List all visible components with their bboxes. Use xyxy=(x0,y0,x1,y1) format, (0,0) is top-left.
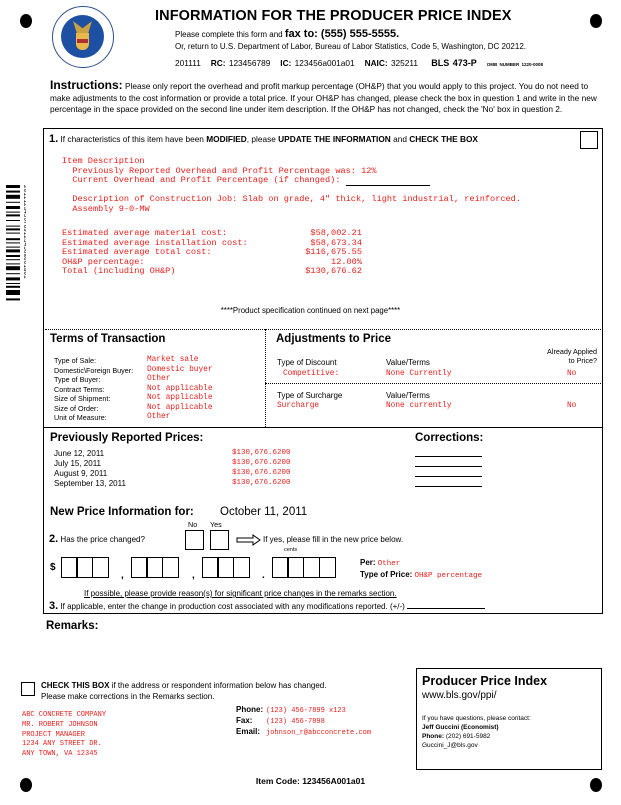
previous-price-date: July 15, 2011 xyxy=(54,459,232,469)
question-2: 2. Has the price changed? xyxy=(49,533,145,545)
phone-value: (123) 456-7899 x123 xyxy=(266,707,346,715)
address-change-line-1: CHECK THIS BOX if the address or respond… xyxy=(41,681,326,692)
price-digits-group-1[interactable] xyxy=(62,557,109,578)
previous-prices-heading: Previously Reported Prices: xyxy=(50,432,203,444)
svg-text:2011123456789123456a001a01: 2011123456789123456a001a01 xyxy=(22,185,26,279)
current-ohp-line: Current Overhead and Profit Percentage (… xyxy=(62,176,521,186)
modified-checkbox[interactable] xyxy=(580,131,598,149)
ic-label: IC: xyxy=(280,58,291,68)
new-price-heading: New Price Information for: xyxy=(50,506,194,518)
cost-value: $130,676.62 xyxy=(262,267,362,277)
terms-row: Unit of Measure:Other xyxy=(54,413,213,423)
email-value: johnson_r@abcconcrete.com xyxy=(266,729,371,737)
terms-row: Type of Buyer:Other xyxy=(54,375,213,385)
fax-number: fax to: (555) 555-5555. xyxy=(285,28,399,40)
price-changed-yes-checkbox[interactable] xyxy=(210,530,229,550)
dol-seal-icon xyxy=(52,6,114,68)
naic-label: NAIC: xyxy=(365,58,388,68)
terms-value: Not applicable xyxy=(147,394,213,404)
current-ohp-input[interactable] xyxy=(346,177,430,186)
contact-phone: (202) 691-5982 xyxy=(446,733,490,740)
phone-row: Phone:(123) 456-7899 x123 xyxy=(236,705,371,716)
fax-line: Please complete this form and fax to: (5… xyxy=(175,28,399,40)
terms-value: Other xyxy=(147,375,170,385)
return-address: Or, return to U.S. Department of Labor, … xyxy=(175,42,526,51)
type-of-price-value: OH&P percentage xyxy=(415,572,483,580)
q1-text: UPDATE THE INFORMATION xyxy=(278,134,391,144)
surcharge-value: None currently xyxy=(386,401,452,411)
divider xyxy=(265,383,601,384)
email-label: Email: xyxy=(236,727,266,737)
naic-value: 325211 xyxy=(391,58,418,68)
terms-label: Unit of Measure: xyxy=(54,413,147,423)
q3-number: 3. xyxy=(49,600,58,612)
previous-price-value: $130,676.6200 xyxy=(232,449,291,459)
q3-text: If applicable, enter the change in produ… xyxy=(60,602,404,611)
correction-input[interactable] xyxy=(415,467,482,477)
previous-price-value: $130,676.6200 xyxy=(232,469,291,479)
q1-text: If characteristics of this item have bee… xyxy=(61,134,204,144)
q1-text: CHECK THE BOX xyxy=(409,134,478,144)
ppi-contact: If you have questions, please contact: J… xyxy=(422,714,531,750)
terms-list: Type of Sale:Market saleDomestic\Foreign… xyxy=(54,356,213,423)
respondent-contact: Phone:(123) 456-7899 x123 Fax:(123) 456-… xyxy=(236,705,371,738)
reason-note: If possible, please provide reason(s) fo… xyxy=(84,589,397,598)
previous-price-value: $130,676.6200 xyxy=(232,459,291,469)
already-applied-label: to Price? xyxy=(547,357,597,366)
instructions-text: Please only report the overhead and prof… xyxy=(50,81,597,114)
address-line: ANY TOWN, VA 12345 xyxy=(22,750,106,760)
price-digits-group-3[interactable] xyxy=(203,557,250,578)
q1-text: and xyxy=(393,134,407,144)
terms-value: Not applicable xyxy=(147,404,213,414)
form-title: INFORMATION FOR THE PRODUCER PRICE INDEX xyxy=(155,8,512,24)
previous-price-date: June 12, 2011 xyxy=(54,449,232,459)
terms-value: Domestic buyer xyxy=(147,366,213,376)
contact-phone-row: Phone: (202) 691-5982 xyxy=(422,732,531,741)
cents-label: cents xyxy=(284,547,297,553)
period: 201111 xyxy=(175,58,201,68)
surcharge-type-label: Type of Surcharge xyxy=(277,391,342,401)
yes-label: Yes xyxy=(210,520,222,530)
terms-label: Type of Sale: xyxy=(54,356,147,366)
fax-prefix: Please complete this form and xyxy=(175,30,283,39)
terms-heading: Terms of Transaction xyxy=(50,333,165,345)
contact-name: Jeff Guccini (Economist) xyxy=(422,723,531,732)
corrections-heading: Corrections: xyxy=(415,432,483,444)
previous-price-row: July 15, 2011$130,676.6200 xyxy=(54,459,304,469)
item-code: Item Code: 123456A001a01 xyxy=(0,776,621,786)
price-cents-group[interactable] xyxy=(273,557,336,578)
address-line: ABC CONCRETE COMPANY xyxy=(22,711,106,721)
divider xyxy=(265,329,266,427)
already-applied-header: Already Applied to Price? xyxy=(547,348,597,365)
per-label: Per: xyxy=(360,558,376,567)
registration-mark xyxy=(590,14,602,28)
instructions: Instructions: Please only report the ove… xyxy=(50,80,610,116)
rc-label: RC: xyxy=(211,58,226,68)
phone-label: Phone: xyxy=(236,705,266,715)
discount-type-label: Type of Discount xyxy=(277,358,337,368)
q1-number: 1. xyxy=(49,133,58,145)
ic-value: 123456a001a01 xyxy=(295,58,355,68)
discount-type: Competitive: xyxy=(283,369,339,379)
ppi-title: Producer Price Index xyxy=(422,674,547,688)
address-change-line-2: Please make corrections in the Remarks s… xyxy=(41,692,326,703)
cost-label: Total (including OH&P) xyxy=(62,267,262,277)
no-label: No xyxy=(188,520,197,530)
current-ohp-label: Current Overhead and Profit Percentage (… xyxy=(62,175,346,185)
type-of-price-line: Type of Price: OH&P percentage xyxy=(360,570,482,580)
correction-input[interactable] xyxy=(415,477,482,487)
new-price-date: October 11, 2011 xyxy=(220,506,307,518)
cost-row: Total (including OH&P)$130,676.62 xyxy=(62,267,362,277)
terms-row: Size of Shipment:Not applicable xyxy=(54,394,213,404)
terms-row: Contract Terms:Not applicable xyxy=(54,385,213,395)
assembly: Assembly 9-0-MW xyxy=(62,205,521,215)
per-value: Other xyxy=(378,560,401,568)
previous-price-value: $130,676.6200 xyxy=(232,479,291,489)
previous-prices-list: June 12, 2011$130,676.6200July 15, 2011$… xyxy=(54,449,304,489)
fax-row: Fax:(123) 456-7898 xyxy=(236,716,371,727)
price-change-hint: If yes, please fill in the new price bel… xyxy=(263,535,403,544)
production-cost-change-input[interactable] xyxy=(407,601,485,609)
respondent-address: ABC CONCRETE COMPANYMR. ROBERT JOHNSONPR… xyxy=(22,711,106,760)
address-line: MR. ROBERT JOHNSON xyxy=(22,721,106,731)
comma-separator: , xyxy=(192,570,195,581)
per-line: Per: Other xyxy=(360,558,400,568)
ppi-contact-box: Producer Price Index www.bls.gov/ppi/ If… xyxy=(416,668,602,770)
contact-phone-label: Phone: xyxy=(422,733,444,740)
address-line: 1234 ANY STREET DR. xyxy=(22,740,106,750)
arrow-right-icon xyxy=(236,533,262,547)
terms-row: Type of Sale:Market sale xyxy=(54,356,213,366)
check-this-box-text: if the address or respondent information… xyxy=(109,681,326,690)
correction-input[interactable] xyxy=(415,447,482,457)
terms-row: Size of Order:Not applicable xyxy=(54,404,213,414)
rc-value: 123456789 xyxy=(229,58,271,68)
dollar-sign: $ xyxy=(50,562,56,573)
ppi-url[interactable]: www.bls.gov/ppi/ xyxy=(422,690,496,701)
previous-price-date: September 13, 2011 xyxy=(54,479,232,489)
terms-value: Market sale xyxy=(147,356,198,366)
instructions-label: Instructions: xyxy=(50,78,123,92)
cost-table: Estimated average material cost:$58,002.… xyxy=(62,229,362,277)
id-line: 201111 RC: 123456789 IC: 123456a001a01 N… xyxy=(175,58,543,68)
item-description: Item Description Previously Reported Ove… xyxy=(62,157,521,215)
question-3: 3. If applicable, enter the change in pr… xyxy=(49,600,485,612)
terms-row: Domestic\Foreign Buyer:Domestic buyer xyxy=(54,366,213,376)
previous-price-date: August 9, 2011 xyxy=(54,469,232,479)
price-changed-no-checkbox[interactable] xyxy=(185,530,204,550)
fax-label: Fax: xyxy=(236,716,266,726)
address-changed-checkbox[interactable] xyxy=(21,682,35,696)
divider xyxy=(45,329,601,330)
q1-text: MODIFIED xyxy=(206,134,247,144)
terms-label: Size of Order: xyxy=(54,404,147,414)
surcharge-type: Surcharge xyxy=(277,401,319,411)
q1-text: , please xyxy=(247,134,276,144)
discount-applied: No xyxy=(567,369,576,379)
address-line: PROJECT MANAGER xyxy=(22,731,106,741)
address-change-note: CHECK THIS BOX if the address or respond… xyxy=(41,681,326,702)
fax-value: (123) 456-7898 xyxy=(266,718,325,726)
previous-price-row: August 9, 2011$130,676.6200 xyxy=(54,469,304,479)
continued-note: ****Product specification continued on n… xyxy=(0,306,621,315)
q2-text: Has the price changed? xyxy=(60,535,145,544)
previous-price-row: June 12, 2011$130,676.6200 xyxy=(54,449,304,459)
check-this-box-bold: CHECK THIS BOX xyxy=(41,681,109,690)
divider xyxy=(43,427,603,428)
discount-value-label: Value/Terms xyxy=(386,358,430,368)
question-1: 1. If characteristics of this item have … xyxy=(49,133,478,145)
price-digits-group-2[interactable] xyxy=(132,557,179,578)
terms-label: Type of Buyer: xyxy=(54,375,147,385)
terms-value: Other xyxy=(147,413,170,423)
correction-input[interactable] xyxy=(415,457,482,467)
previous-price-row: September 13, 2011$130,676.6200 xyxy=(54,479,304,489)
q2-number: 2. xyxy=(49,533,58,545)
terms-value: Not applicable xyxy=(147,385,213,395)
surcharge-value-label: Value/Terms xyxy=(386,391,430,401)
registration-mark xyxy=(20,14,32,28)
contact-email[interactable]: Guccini_J@bls.gov xyxy=(422,741,531,750)
contact-intro: If you have questions, please contact: xyxy=(422,714,531,723)
terms-label: Domestic\Foreign Buyer: xyxy=(54,366,147,376)
surcharge-applied: No xyxy=(567,401,576,411)
remarks-label: Remarks: xyxy=(46,620,98,632)
decimal-separator: . xyxy=(262,570,265,581)
terms-label: Size of Shipment: xyxy=(54,394,147,404)
comma-separator: , xyxy=(121,570,124,581)
adjustments-heading: Adjustments to Price xyxy=(276,333,391,345)
omb-number: OMB NUMBER 1220-0008 xyxy=(487,62,543,67)
type-of-price-label: Type of Price: xyxy=(360,570,412,579)
corrections-list xyxy=(415,447,482,487)
email-row: Email:johnson_r@abcconcrete.com xyxy=(236,727,371,738)
barcode-icon: 2011123456789123456a001a01 xyxy=(6,185,26,345)
form-code: BLS 473-P xyxy=(431,58,477,68)
terms-label: Contract Terms: xyxy=(54,385,147,395)
discount-value: None Currently xyxy=(386,369,452,379)
